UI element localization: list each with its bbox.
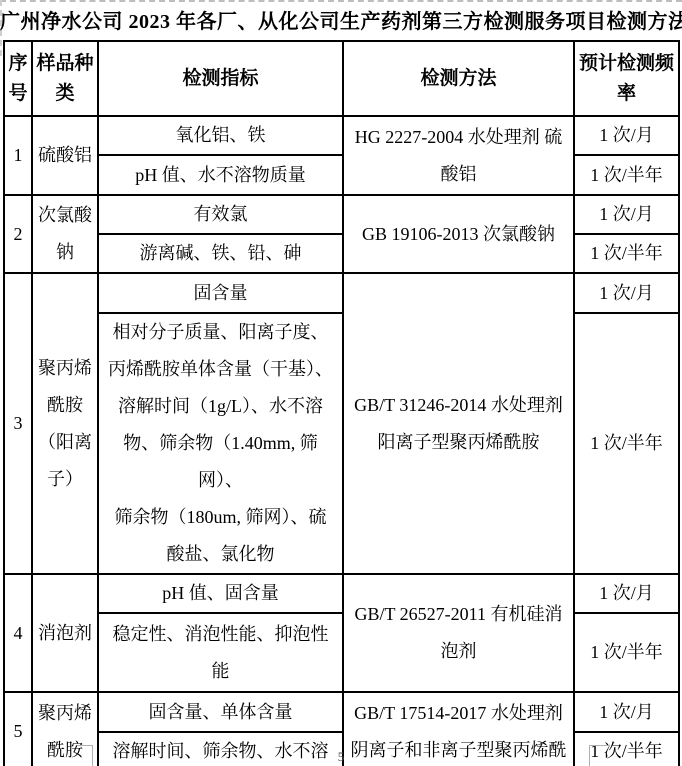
indicator-cell: 固含量 — [98, 273, 343, 313]
frequency-cell: 1 次/半年 — [574, 313, 679, 574]
table-row: 相对分子质量、阳离子度、 丙烯酰胺单体含量（干基）、 溶解时间（1g/L）、水不… — [4, 313, 679, 574]
page-number: 5 — [0, 749, 682, 765]
sample-type-cell: 硫酸铝 — [32, 116, 98, 195]
table-row: 游离碱、铁、铅、砷1 次/半年 — [4, 234, 679, 273]
table-row: 稳定性、消泡性能、抑泡性 能1 次/半年 — [4, 613, 679, 692]
table-row: 1硫酸铝氧化铝、铁HG 2227-2004 水处理剂 硫 酸铝1 次/月 — [4, 116, 679, 155]
header-检测指标: 检测指标 — [98, 41, 343, 116]
page-title: 广州净水公司 2023 年各厂、从化公司生产药剂第三方检测服务项目检测方法 — [0, 5, 682, 34]
document-page: 广州净水公司 2023 年各厂、从化公司生产药剂第三方检测服务项目检测方法 序号… — [0, 0, 682, 766]
row-number-cell: 2 — [4, 195, 32, 273]
row-number-cell: 4 — [4, 574, 32, 692]
header-样品种类: 样品种 类 — [32, 41, 98, 116]
frequency-cell: 1 次/月 — [574, 692, 679, 732]
table-row: 5聚丙烯 酰胺固含量、单体含量GB/T 17514-2017 水处理剂 阴离子和… — [4, 692, 679, 732]
method-cell: GB/T 26527-2011 有机硅消 泡剂 — [343, 574, 574, 692]
header-序号: 序号 — [4, 41, 32, 116]
indicator-cell: 有效氯 — [98, 195, 343, 234]
indicator-cell: 游离碱、铁、铅、砷 — [98, 234, 343, 273]
frequency-cell: 1 次/月 — [574, 273, 679, 313]
method-cell: GB/T 31246-2014 水处理剂 阳离子型聚丙烯酰胺 — [343, 273, 574, 574]
table-row: pH 值、水不溶物质量1 次/半年 — [4, 155, 679, 195]
indicator-cell: pH 值、水不溶物质量 — [98, 155, 343, 195]
sample-type-cell: 次氯酸 钠 — [32, 195, 98, 273]
page-top-boundary-line — [0, 0, 682, 2]
method-cell: GB 19106-2013 次氯酸钠 — [343, 195, 574, 273]
table-row: 2次氯酸 钠有效氯GB 19106-2013 次氯酸钠1 次/月 — [4, 195, 679, 234]
row-number-cell: 1 — [4, 116, 32, 195]
frequency-cell: 1 次/半年 — [574, 155, 679, 195]
frequency-cell: 1 次/半年 — [574, 234, 679, 273]
table-row: 3聚丙烯 酰胺 （阳离 子）固含量GB/T 31246-2014 水处理剂 阳离… — [4, 273, 679, 313]
frequency-cell: 1 次/月 — [574, 574, 679, 613]
method-cell: HG 2227-2004 水处理剂 硫 酸铝 — [343, 116, 574, 195]
header-检测方法: 检测方法 — [343, 41, 574, 116]
indicator-cell: 相对分子质量、阳离子度、 丙烯酰胺单体含量（干基）、 溶解时间（1g/L）、水不… — [98, 313, 343, 574]
header-预计检测频率: 预计检测频 率 — [574, 41, 679, 116]
indicator-cell: pH 值、固含量 — [98, 574, 343, 613]
table-header-row: 序号 样品种 类 检测指标 检测方法 预计检测频 率 — [4, 41, 679, 116]
frequency-cell: 1 次/月 — [574, 195, 679, 234]
frequency-cell: 1 次/半年 — [574, 613, 679, 692]
indicator-cell: 稳定性、消泡性能、抑泡性 能 — [98, 613, 343, 692]
testing-methods-table: 序号 样品种 类 检测指标 检测方法 预计检测频 率 1硫酸铝氧化铝、铁HG 2… — [3, 40, 680, 766]
indicator-cell: 固含量、单体含量 — [98, 692, 343, 732]
row-number-cell: 3 — [4, 273, 32, 574]
sample-type-cell: 聚丙烯 酰胺 （阳离 子） — [32, 273, 98, 574]
table-row: 4消泡剂pH 值、固含量GB/T 26527-2011 有机硅消 泡剂1 次/月 — [4, 574, 679, 613]
frequency-cell: 1 次/月 — [574, 116, 679, 155]
sample-type-cell: 消泡剂 — [32, 574, 98, 692]
indicator-cell: 氧化铝、铁 — [98, 116, 343, 155]
